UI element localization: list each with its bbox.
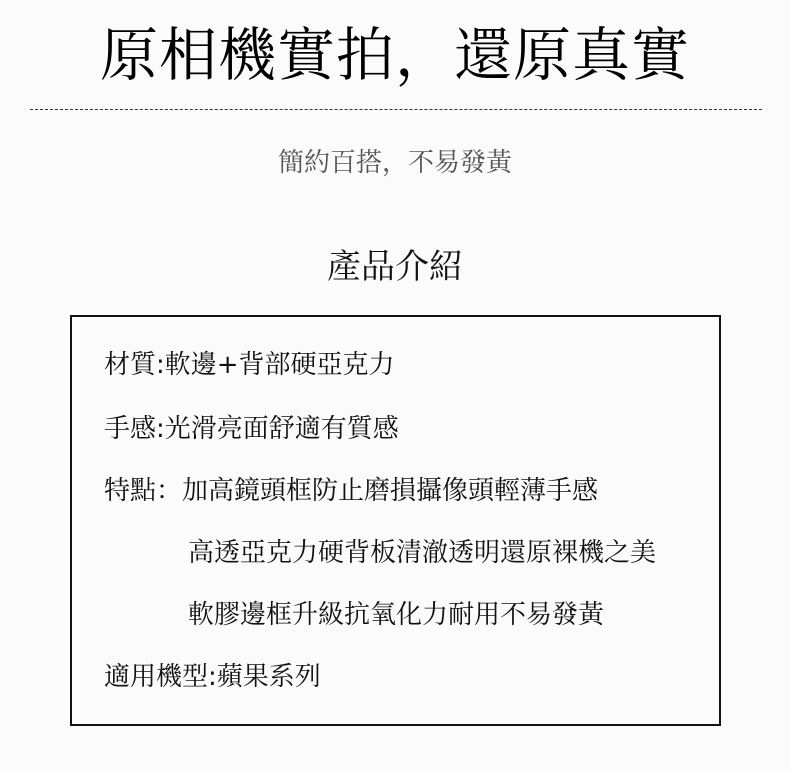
- features-row: 特點：加高鏡頭框防止磨損攝像頭輕薄手感: [104, 473, 598, 509]
- dashed-divider: [30, 109, 762, 110]
- page-title: 原相機實拍，還原真實: [0, 20, 790, 90]
- material-row: 材質:軟邊+背部硬亞克力: [104, 347, 395, 383]
- feel-row: 手感:光滑亮面舒適有質感: [104, 411, 399, 447]
- features-row-3: 軟膠邊框升級抗氧化力耐用不易發黃: [188, 597, 604, 633]
- features-row-2: 高透亞克力硬背板清澈透明還原裸機之美: [188, 535, 656, 571]
- subtitle: 簡約百搭，不易發黃: [0, 145, 790, 181]
- compatible-models-row: 適用機型:蘋果系列: [104, 659, 321, 695]
- product-info-box: 材質:軟邊+背部硬亞克力 手感:光滑亮面舒適有質感 特點：加高鏡頭框防止磨損攝像…: [70, 315, 721, 726]
- section-title: 產品介紹: [0, 245, 790, 289]
